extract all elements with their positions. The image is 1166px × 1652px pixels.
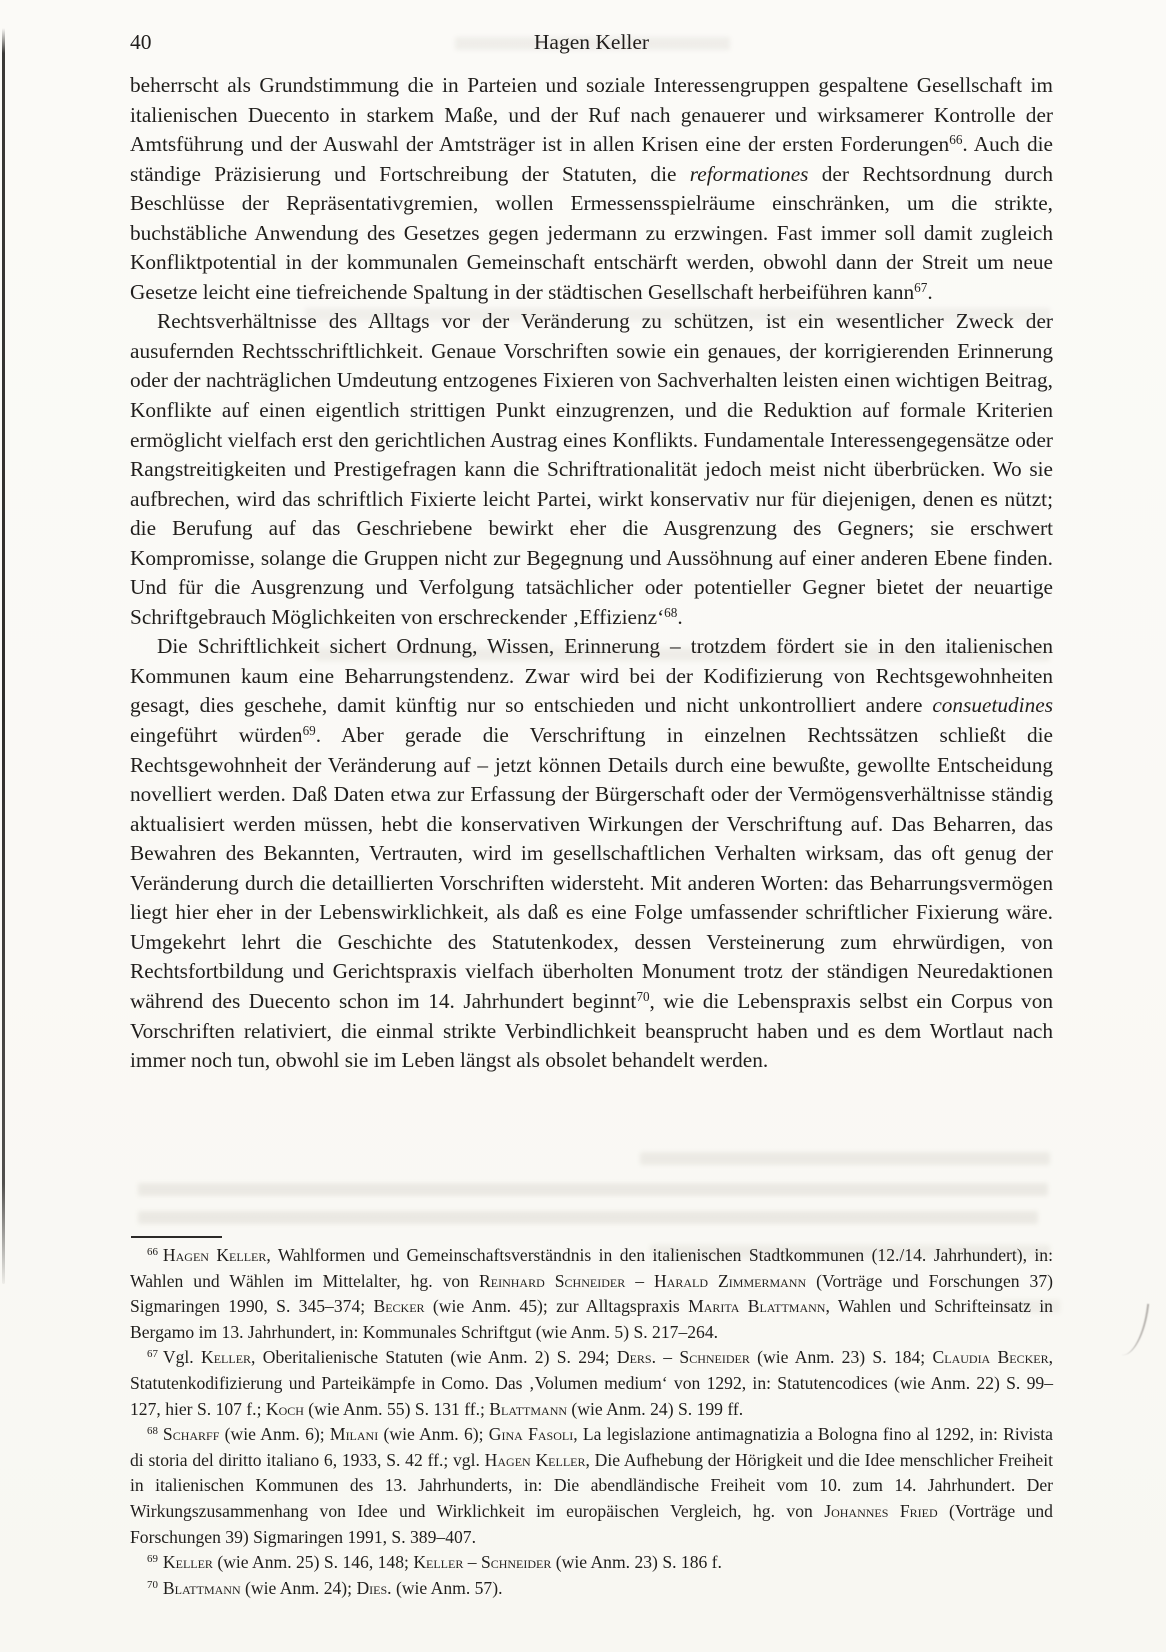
- text-segment: (wie Anm. 25) S. 146, 148;: [213, 1552, 413, 1572]
- text-segment: (wie Anm. 24) S. 199 ff.: [567, 1399, 743, 1419]
- text-segment: (wie Anm. 23) S. 184;: [750, 1347, 933, 1367]
- footnote-ref: 67: [914, 280, 927, 295]
- footnotes: 66Hagen Keller, Wahlformen und Gemeinsch…: [130, 1243, 1053, 1601]
- footnote-marker: 68: [147, 1425, 158, 1437]
- text-segment: consuetudines: [932, 693, 1053, 717]
- text-segment: Blattmann: [163, 1578, 241, 1598]
- text-segment: (wie Anm. 6);: [219, 1424, 330, 1444]
- paragraph: beherrscht als Grundstimmung die in Part…: [130, 71, 1053, 307]
- text-segment: (wie Anm. 45); zur Alltagspraxis: [425, 1296, 689, 1316]
- text-segment: Dies.: [356, 1578, 391, 1598]
- footnote-ref: 66: [949, 132, 962, 147]
- text-segment: , Oberitalienische Statuten (wie Anm. 2)…: [251, 1347, 617, 1367]
- text-segment: beherrscht als Grundstimmung die in Part…: [130, 73, 1053, 156]
- text-segment: reformationes: [690, 162, 809, 186]
- text-segment: Schneider: [481, 1552, 551, 1572]
- text-segment: Keller: [413, 1552, 463, 1572]
- text-segment: Keller: [163, 1552, 213, 1572]
- text-segment: Harald Zimmermann: [654, 1271, 806, 1291]
- scanned-book-page: 40 Hagen Keller beherrscht als Grundstim…: [0, 0, 1166, 1652]
- text-segment: (wie Anm. 6);: [378, 1424, 489, 1444]
- text-segment: Hagen Keller: [485, 1450, 586, 1470]
- footnote-marker: 67: [147, 1348, 158, 1360]
- footnote-ref: 68: [664, 605, 677, 620]
- text-segment: Claudia Becker: [933, 1347, 1049, 1367]
- footnote-ref: 69: [303, 723, 316, 738]
- paragraph: Rechtsverhältnisse des Alltags vor der V…: [130, 307, 1053, 632]
- text-segment: Keller: [201, 1347, 251, 1367]
- text-segment: .: [927, 280, 932, 304]
- text-segment: Koch: [266, 1399, 304, 1419]
- text-segment: Gina Fasoli: [489, 1424, 573, 1444]
- text-segment: (wie Anm. 23) S. 186 f.: [551, 1552, 722, 1572]
- bleed-through-artifact: [138, 1211, 1038, 1224]
- running-head: Hagen Keller: [130, 30, 1053, 55]
- text-segment: Vgl.: [163, 1347, 201, 1367]
- text-segment: (wie Anm. 57).: [392, 1578, 503, 1598]
- footnote-marker: 70: [147, 1579, 158, 1591]
- bleed-through-artifact: [138, 1183, 1048, 1196]
- footnote-67: 67Vgl. Keller, Oberitalienische Statuten…: [130, 1345, 1053, 1422]
- text-segment: –: [656, 1347, 679, 1367]
- footnote-separator: [131, 1236, 222, 1238]
- text-segment: (wie Anm. 55) S. 131 ff.;: [304, 1399, 489, 1419]
- text-segment: .: [677, 605, 682, 629]
- footnote-ref: 70: [636, 989, 649, 1004]
- text-segment: Reinhard Schneider: [479, 1271, 625, 1291]
- text-segment: Marita Blattmann: [688, 1296, 825, 1316]
- footnote-68: 68Scharff (wie Anm. 6); Milani (wie Anm.…: [130, 1422, 1053, 1550]
- text-segment: Die Schriftlichkeit sichert Ordnung, Wis…: [130, 634, 1053, 717]
- footnote-70: 70Blattmann (wie Anm. 24); Dies. (wie An…: [130, 1576, 1053, 1602]
- page-header: 40 Hagen Keller: [130, 30, 1053, 60]
- text-segment: Rechtsverhältnisse des Alltags vor der V…: [130, 309, 1053, 628]
- scan-edge-shadow: [2, 28, 5, 1284]
- bleed-through-artifact: [640, 1152, 1050, 1165]
- stray-mark: [1113, 1300, 1149, 1357]
- text-segment: Hagen Keller: [163, 1245, 266, 1265]
- text-segment: Johannes Fried: [824, 1501, 937, 1521]
- text-segment: . Aber gerade die Verschriftung in einze…: [130, 723, 1053, 1013]
- footnote-marker: 69: [147, 1553, 158, 1565]
- footnote-marker: 66: [147, 1246, 158, 1258]
- paragraph: Die Schriftlichkeit sichert Ordnung, Wis…: [130, 632, 1053, 1075]
- text-segment: Schneider: [679, 1347, 749, 1367]
- text-segment: Becker: [373, 1296, 424, 1316]
- footnote-66: 66Hagen Keller, Wahlformen und Gemeinsch…: [130, 1243, 1053, 1345]
- text-segment: eingeführt würden: [130, 723, 303, 747]
- footnote-69: 69Keller (wie Anm. 25) S. 146, 148; Kell…: [130, 1550, 1053, 1576]
- text-segment: Ders.: [617, 1347, 656, 1367]
- text-segment: Blattmann: [489, 1399, 567, 1419]
- text-segment: –: [625, 1271, 654, 1291]
- body-text: beherrscht als Grundstimmung die in Part…: [130, 71, 1053, 1076]
- text-segment: Milani: [330, 1424, 378, 1444]
- text-segment: Scharff: [163, 1424, 219, 1444]
- text-segment: (wie Anm. 24);: [241, 1578, 357, 1598]
- text-segment: –: [463, 1552, 481, 1572]
